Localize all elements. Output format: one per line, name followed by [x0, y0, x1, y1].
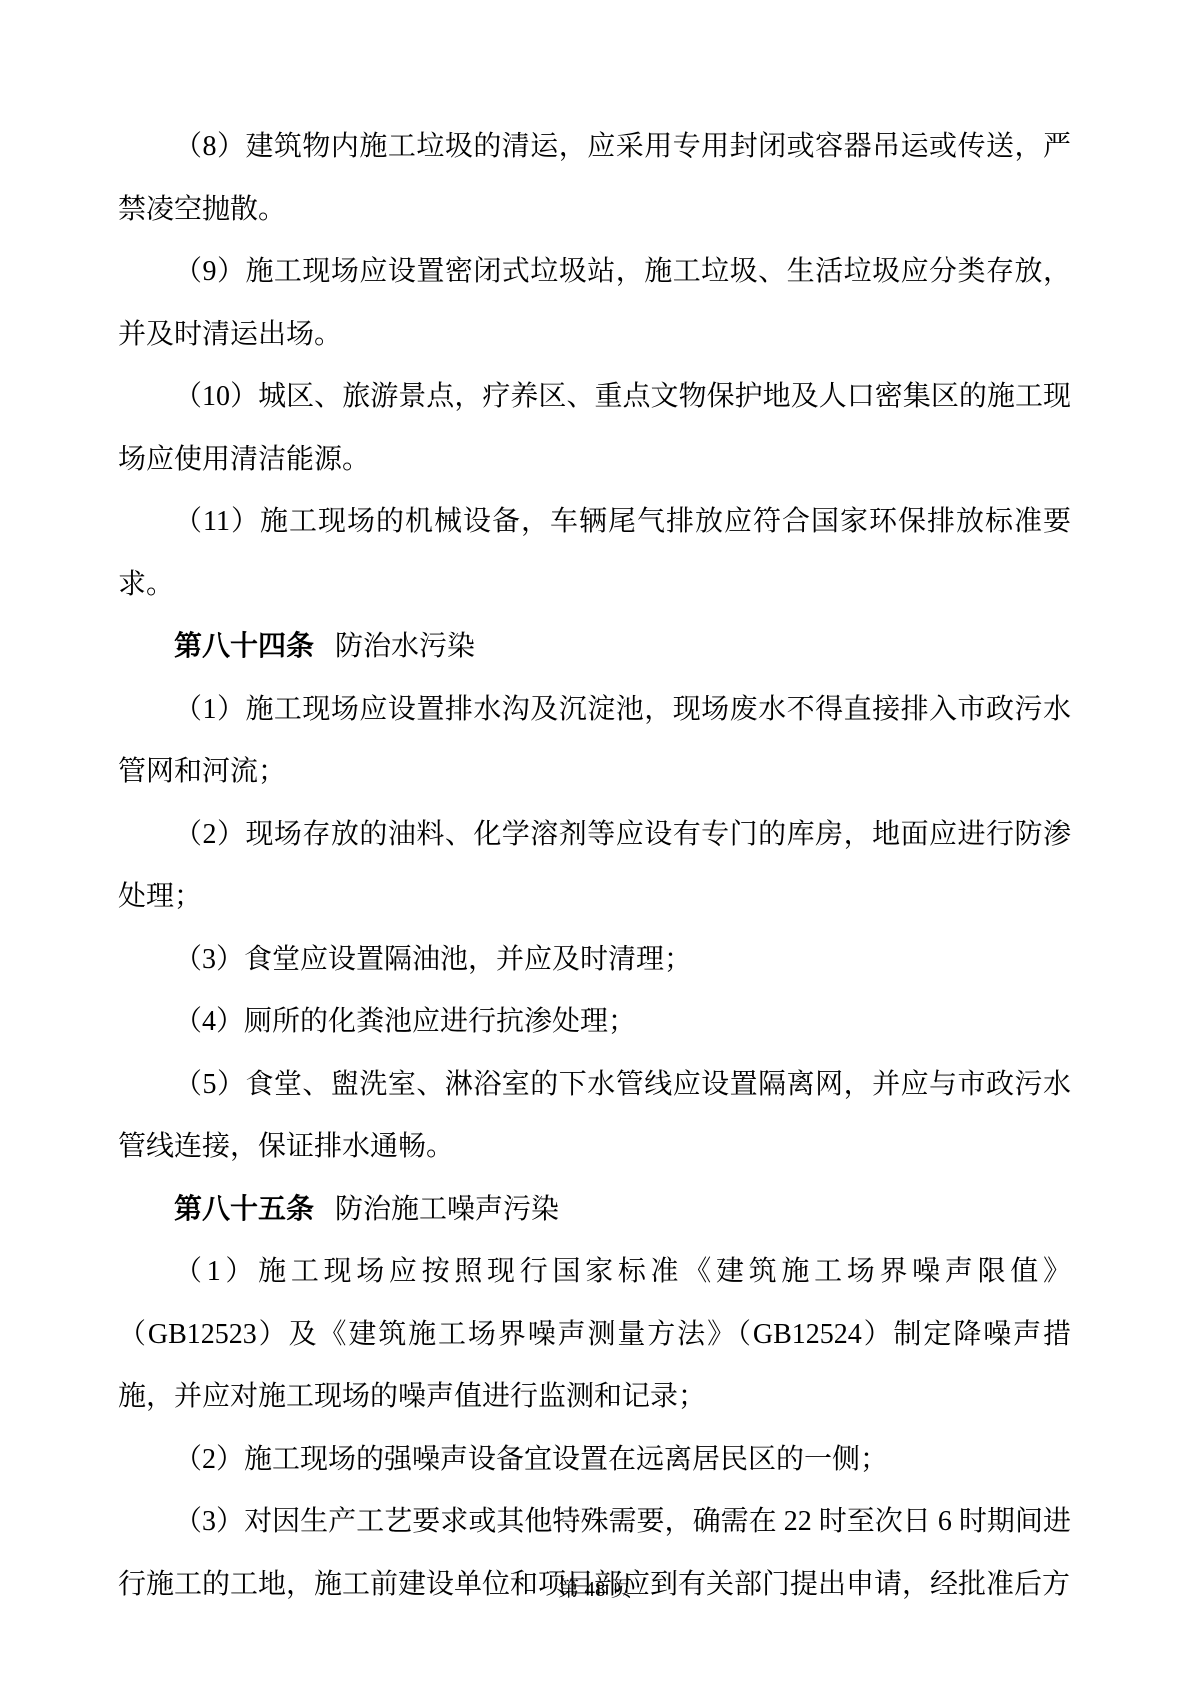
paragraph: （11）施工现场的机械设备，车辆尾气排放应符合国家环保排放标准要求。	[118, 491, 1071, 616]
paragraph: （1）施工现场应设置排水沟及沉淀池，现场废水不得直接排入市政污水管网和河流；	[118, 679, 1071, 804]
paragraph: （2）现场存放的油料、化学溶剂等应设有专门的库房，地面应进行防渗处理；	[118, 804, 1071, 929]
article-title: 防治水污染	[335, 631, 475, 662]
paragraph: （1）施工现场应按照现行国家标准《建筑施工场界噪声限值》（GB12523）及《建…	[118, 1241, 1071, 1429]
paragraph: （9）施工现场应设置密闭式垃圾站，施工垃圾、生活垃圾应分类存放，并及时清运出场。	[118, 241, 1071, 366]
document-page: （8）建筑物内施工垃圾的清运，应采用专用封闭或容器吊运或传送，严禁凌空抛散。 （…	[0, 0, 1190, 1683]
paragraph: （3）食堂应设置隔油池，并应及时清理；	[118, 929, 1071, 992]
article-title: 防治施工噪声污染	[335, 1194, 559, 1225]
document-body: （8）建筑物内施工垃圾的清运，应采用专用封闭或容器吊运或传送，严禁凌空抛散。 （…	[118, 116, 1071, 1616]
article-heading: 第八十四条防治水污染	[118, 616, 1071, 679]
paragraph: （2）施工现场的强噪声设备宜设置在远离居民区的一侧；	[118, 1429, 1071, 1492]
paragraph: （5）食堂、盥洗室、淋浴室的下水管线应设置隔离网，并应与市政污水管线连接，保证排…	[118, 1054, 1071, 1179]
paragraph: （4）厕所的化粪池应进行抗渗处理；	[118, 991, 1071, 1054]
article-number: 第八十四条	[174, 631, 314, 662]
paragraph: （8）建筑物内施工垃圾的清运，应采用专用封闭或容器吊运或传送，严禁凌空抛散。	[118, 116, 1071, 241]
article-number: 第八十五条	[174, 1194, 314, 1225]
paragraph: （10）城区、旅游景点，疗养区、重点文物保护地及人口密集区的施工现场应使用清洁能…	[118, 366, 1071, 491]
page-number: 第 48 页	[0, 1575, 1190, 1603]
article-heading: 第八十五条防治施工噪声污染	[118, 1179, 1071, 1242]
